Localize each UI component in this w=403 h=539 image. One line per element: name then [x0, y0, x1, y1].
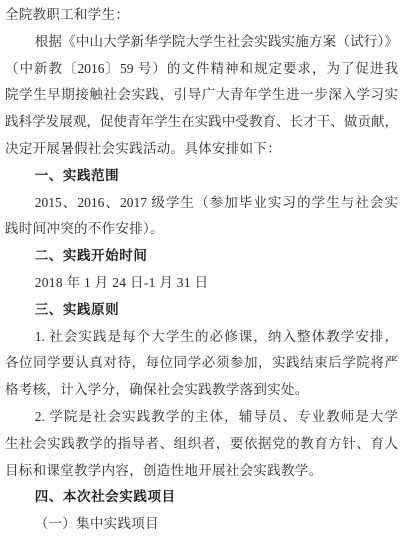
- section-1-heading: 一、实践范围: [5, 163, 398, 190]
- section-3-item-2-line-3: 目标和课堂教学内容，创造性地开展社会实践教学。: [5, 458, 398, 485]
- section-2-heading: 二、实践开始时间: [5, 243, 398, 270]
- section-1-body-line-2: 践时间冲突的不作安排）。: [5, 216, 398, 243]
- section-3-heading: 三、实践原则: [5, 297, 398, 324]
- section-1-body-line-1: 2015、2016、2017 级学生（参加毕业实习的学生与社会实: [5, 190, 398, 217]
- document-page: 全院教职工和学生： 根据《中山大学新华学院大学生社会实践实施方案（试行）》 （中…: [0, 0, 403, 539]
- intro-paragraph-line-2: （中新教〔2016〕59 号）的文件精神和规定要求，为了促进我: [5, 56, 398, 83]
- section-3-item-2-line-2: 生社会实践教学的指导者、组织者，要依据党的教育方针、育人: [5, 431, 398, 458]
- intro-paragraph-line-4: 践科学发展观，促使青年学生在实践中受教育、长才干、做贡献，: [5, 109, 398, 136]
- intro-paragraph-line-1: 根据《中山大学新华学院大学生社会实践实施方案（试行）》: [5, 29, 398, 56]
- section-3-item-1-line-1: 1. 社会实践是每个大学生的必修课，纳入整体教学安排，: [5, 324, 398, 351]
- section-3-item-2-line-1: 2. 学院是社会实践教学的主体，辅导员、专业教师是大学: [5, 404, 398, 431]
- section-3-item-1-line-2: 各位同学要认真对待，每位同学必须参加，实践结束后学院将严: [5, 350, 398, 377]
- salutation-line: 全院教职工和学生：: [5, 2, 398, 29]
- section-4-subheading: （一）集中实践项目: [5, 511, 398, 538]
- section-4-heading: 四、本次社会实践项目: [5, 484, 398, 511]
- intro-paragraph-line-3: 院学生早期接触社会实践，引导广大青年学生进一步深入学习实: [5, 82, 398, 109]
- section-2-date-line: 2018 年 1 月 24 日-1 月 31 日: [5, 270, 398, 297]
- intro-paragraph-line-5: 决定开展暑假社会实践活动。具体安排如下：: [5, 136, 398, 163]
- section-3-item-1-line-3: 格考核，计入学分，确保社会实践教学落到实处。: [5, 377, 398, 404]
